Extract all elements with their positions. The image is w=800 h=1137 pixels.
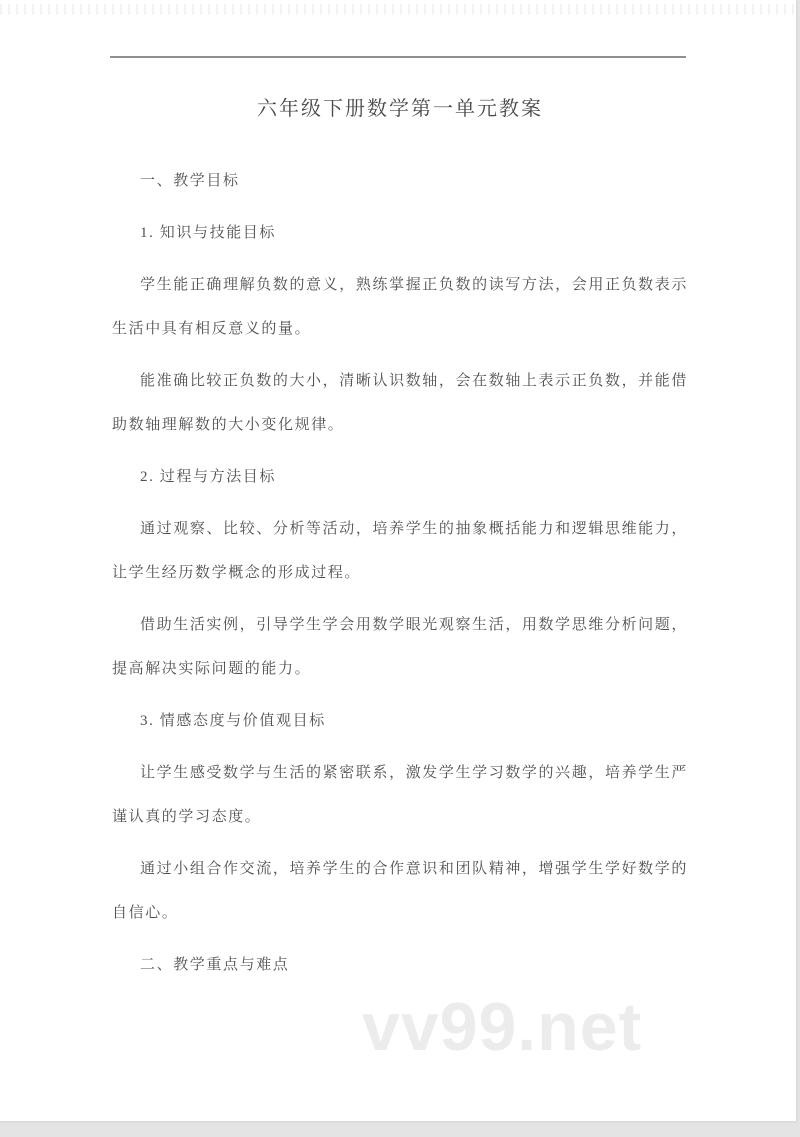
section-heading: 3. 情感态度与价值观目标 bbox=[112, 699, 688, 743]
paragraph: 让学生感受数学与生活的紧密联系，激发学生学习数学的兴趣，培养学生严谨认真的学习态… bbox=[112, 751, 688, 839]
watermark-text: vv99.net bbox=[362, 993, 642, 1061]
section-heading: 1. 知识与技能目标 bbox=[112, 211, 688, 255]
paragraph: 通过小组合作交流，培养学生的合作意识和团队精神，增强学生学好数学的自信心。 bbox=[112, 847, 688, 935]
document-viewer: { "page": { "title": "六年级下册数学第一单元教案", "w… bbox=[0, 0, 800, 1137]
document-page: 六年级下册数学第一单元教案 一、教学目标1. 知识与技能目标学生能正确理解负数的… bbox=[0, 0, 797, 1121]
paragraph: 借助生活实例，引导学生学会用数学眼光观察生活，用数学思维分析问题，提高解决实际问… bbox=[112, 603, 688, 691]
paragraph: 学生能正确理解负数的意义，熟练掌握正负数的读写方法，会用正负数表示生活中具有相反… bbox=[112, 263, 688, 351]
section-heading: 一、教学目标 bbox=[112, 159, 688, 203]
section-heading: 2. 过程与方法目标 bbox=[112, 455, 688, 499]
document-title: 六年级下册数学第一单元教案 bbox=[112, 87, 688, 131]
section-heading: 二、教学重点与难点 bbox=[112, 943, 688, 987]
paragraph: 通过观察、比较、分析等活动，培养学生的抽象概括能力和逻辑思维能力，让学生经历数学… bbox=[112, 507, 688, 595]
paragraph-list: 一、教学目标1. 知识与技能目标学生能正确理解负数的意义，熟练掌握正负数的读写方… bbox=[112, 159, 688, 987]
document-content: 六年级下册数学第一单元教案 一、教学目标1. 知识与技能目标学生能正确理解负数的… bbox=[112, 75, 688, 995]
header-divider bbox=[110, 56, 686, 58]
paragraph: 能准确比较正负数的大小，清晰认识数轴，会在数轴上表示正负数，并能借助数轴理解数的… bbox=[112, 359, 688, 447]
page-top-ticks bbox=[0, 4, 796, 15]
